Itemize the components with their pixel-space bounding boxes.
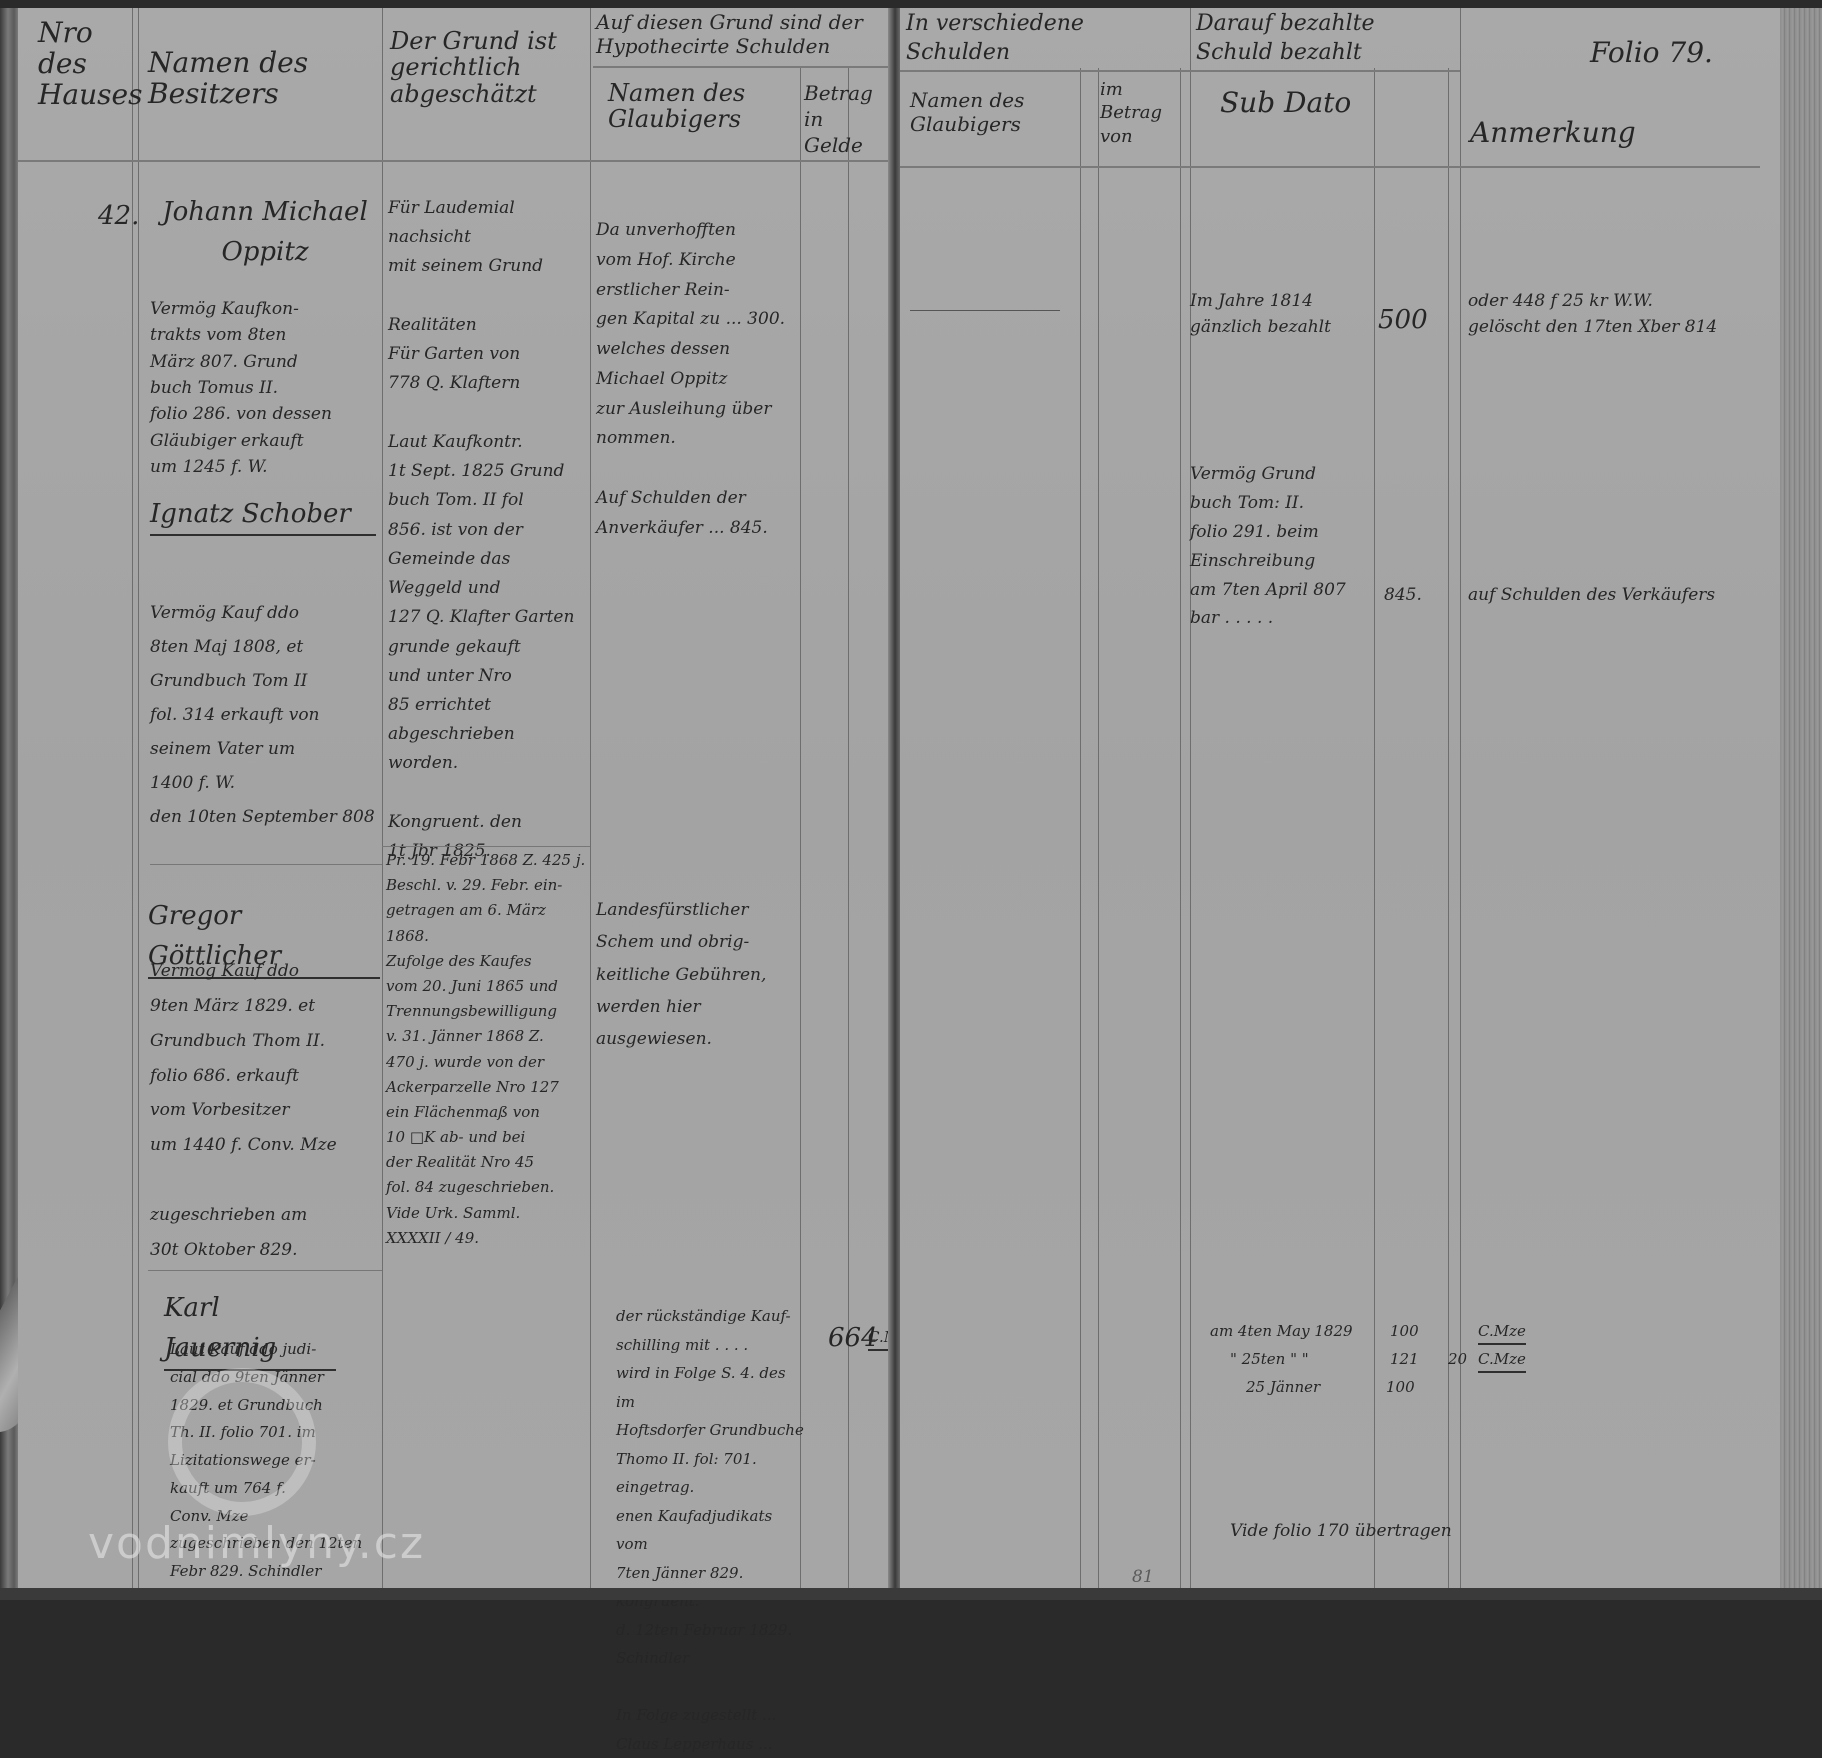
payment-amount: 845. [1384, 582, 1422, 608]
payment-date: am 4ten May 1829 [1210, 1320, 1390, 1343]
header-creditor-name: Namen des Glaubigers [608, 80, 798, 133]
header-paid-group: Darauf bezahlte Schuld bezahlt [1196, 10, 1456, 67]
payment-date: " 25ten " " [1230, 1348, 1390, 1371]
transfer-remark: Vide folio 170 übertragen [1230, 1518, 1630, 1544]
owner-name: Johann Michael Oppitz [150, 192, 380, 273]
payment-amount: 500 [1378, 300, 1428, 340]
column-rule [1080, 68, 1081, 1588]
header-house-no: Nro des Hauses [38, 18, 128, 110]
header-group-rule [593, 66, 890, 68]
payment-remark: auf Schulden des Verkäufers [1468, 582, 1768, 608]
book-right-edge [1780, 8, 1822, 1600]
right-page: In verschiedene Schulden Namen des Glaub… [900, 8, 1780, 1588]
payment-remark: oder 448 f 25 kr W.W. gelöscht den 17ten… [1468, 288, 1768, 341]
entry-separator [150, 864, 382, 865]
header-amount-2: im Betrag von [1100, 78, 1180, 148]
header-deleted-group: In verschiedene Schulden [906, 10, 1186, 67]
scan-background [0, 1588, 1822, 1600]
column-rule [138, 8, 139, 1588]
header-remarks: Anmerkung [1470, 118, 1690, 149]
creditor-note: Landesfürstlicher Schem und obrig- keitl… [596, 894, 801, 1055]
header-date: Sub Dato [1220, 88, 1360, 119]
payment-date: 25 Jänner [1246, 1376, 1386, 1399]
column-rule [848, 68, 849, 1588]
header-bottom-rule [18, 160, 890, 162]
payment-amount: 100 [1386, 1376, 1415, 1399]
dash-fill [910, 310, 1060, 311]
header-debts-group: Auf diesen Grund sind der Hypothecirte S… [596, 10, 886, 58]
watermark-logo [168, 1368, 316, 1516]
payment-amount: 121 [1390, 1348, 1419, 1371]
owner-acquisition-note: Vermög Kaufkon- trakts vom 8ten März 807… [150, 296, 380, 480]
entry-separator [382, 846, 590, 847]
header-group-rule [900, 70, 1460, 72]
header-amount: Betrag in Gelde [804, 80, 888, 158]
owner-acquisition-note: Vermög Kauf ddo 8ten Maj 1808, et Grundb… [150, 596, 380, 834]
header-owner-name: Namen des Besitzers [148, 48, 378, 110]
owner-acquisition-note: Vermög Kauf ddo 9ten März 1829. et Grund… [150, 954, 380, 1268]
valuation-note: Für Laudemial nachsicht mit seinem Grund… [388, 194, 593, 866]
left-page: Nro des Hauses Namen des Besitzers Der G… [18, 8, 890, 1588]
column-rule [1190, 8, 1191, 1588]
ledger-book: Nro des Hauses Namen des Besitzers Der G… [0, 8, 1822, 1600]
payment-kreuzer: 20 [1448, 1348, 1467, 1371]
column-rule [1098, 68, 1099, 1588]
header-creditor-name-2: Namen des Glaubigers [910, 88, 1080, 136]
column-rule [382, 8, 383, 1588]
creditor-note: der rückständige Kauf- schilling mit . .… [616, 1302, 806, 1600]
valuation-amendment: Pr. 19. Febr 1868 Z. 425 j. Beschl. v. 2… [386, 848, 592, 1251]
watermark-text: vodnimlyny.cz [88, 1518, 425, 1569]
header-bottom-rule [900, 166, 1760, 168]
folio-number: Folio 79. [1590, 38, 1730, 69]
creditor-note: Da unverhofften vom Hof. Kirche erstlich… [596, 216, 801, 543]
owner-name: Ignatz Schober [150, 494, 376, 536]
payment-currency: C.Mze [1478, 1348, 1526, 1373]
column-rule [1180, 68, 1181, 1588]
house-number: 42. [98, 196, 139, 236]
payment-date: Vermög Grund buch Tom: II. folio 291. be… [1190, 460, 1380, 633]
entry-separator [148, 1270, 382, 1271]
payment-amount: 100 [1390, 1320, 1419, 1343]
page-number: 81 [1132, 1564, 1154, 1590]
payment-date: Im Jahre 1814 gänzlich bezahlt [1190, 288, 1380, 341]
payment-currency: C.Mze [1478, 1320, 1526, 1345]
header-valuation: Der Grund ist gerichtlich abgeschätzt [390, 28, 590, 107]
column-rule [132, 8, 133, 1588]
